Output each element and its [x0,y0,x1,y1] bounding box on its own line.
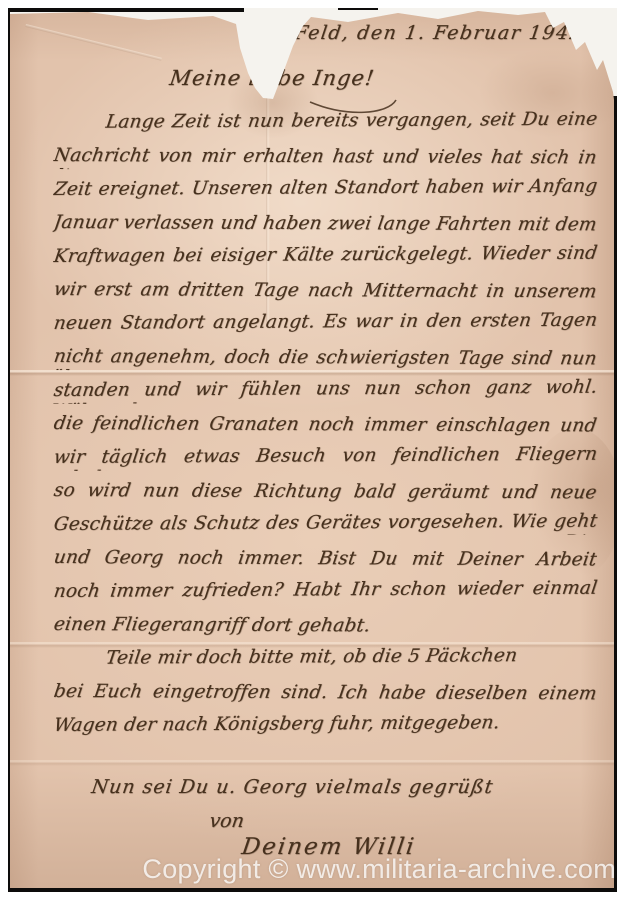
letter-line: Nachricht von mir erhalten hast und viel… [52,145,598,171]
letter-paper: Feld, den 1. Februar 1942. Meine liebe I… [8,8,617,892]
letter-line: Geschütze als Schutz des Gerätes vorgese… [52,511,599,538]
letter-line: Wagen der nach Königsberg fuhr, mitgegeb… [52,712,599,739]
letter-salutation: Meine liebe Inge! [168,66,376,90]
copyright-watermark: Copyright © www.militaria-archive.com [142,854,616,885]
scan-backdrop-edge-top [8,8,244,12]
scan-backdrop-edge-top2 [338,8,378,10]
letter-line: wir erst am dritten Tage nach Mitternach… [52,279,598,305]
letter-photo: Feld, den 1. Februar 1942. Meine liebe I… [8,8,617,892]
fold-crease-bottom [8,760,617,766]
letter-line: einen Fliegerangriff dort gehabt. [52,614,598,640]
scan-page: Feld, den 1. Februar 1942. Meine liebe I… [0,0,625,900]
letter-line: Teile mir doch bitte mit, ob die 5 Päckc… [52,645,599,672]
letter-line: nicht angenehm, doch die schwierigsten T… [52,346,598,372]
letter-line: so wird nun diese Richtung bald geräumt … [52,480,598,506]
letter-line: Zeit ereignet. Unseren alten Standort ha… [52,176,599,203]
letter-line: wir täglich etwas Besuch von feindlichen… [52,444,599,471]
letter-line: Januar verlassen und haben zwei lange Fa… [52,212,598,238]
letter-line: Lange Zeit ist nun bereits vergangen, se… [52,109,599,136]
letter-line: die feindlichen Granaten noch immer eins… [52,413,598,439]
letter-dateline: Feld, den 1. Februar 1942. [293,22,592,44]
letter-line: und Georg noch immer. Bist Du mit Deiner… [52,547,598,573]
corner-crease [25,24,162,61]
letter-closing-von: von [208,810,246,832]
letter-line: neuen Standort angelangt. Es war in den … [52,310,599,337]
letter-line: noch immer zufrieden? Habt Ihr schon wie… [52,578,599,605]
letter-line: bei Euch eingetroffen sind. Ich habe die… [52,681,598,707]
scan-backdrop-edge-left [8,8,10,892]
letter-line: standen und wir fühlen uns nun schon gan… [52,377,599,404]
letter-line: Kraftwagen bei eisiger Kälte zurückgeleg… [52,243,599,270]
letter-closing: Nun sei Du u. Georg vielmals gegrüßt [90,776,495,798]
